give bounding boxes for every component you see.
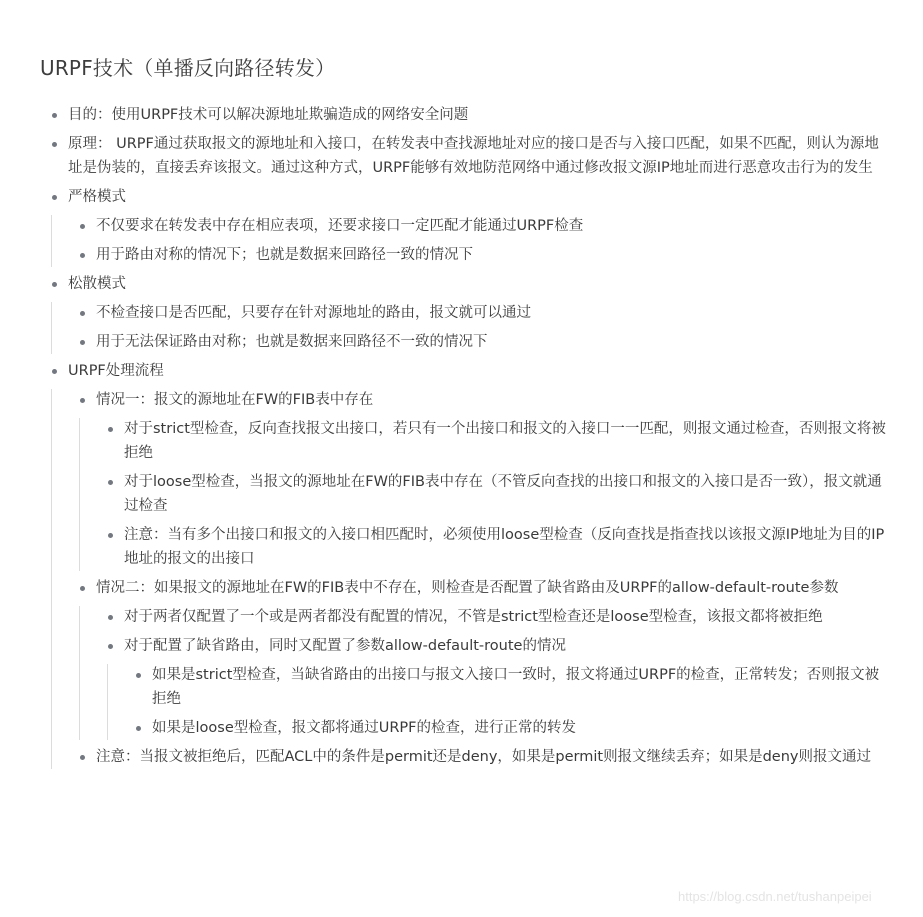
list-item-case-one: 情况一：报文的源地址在FW的FIB表中存在 对于strict型检查，反向查找报文… [68,385,892,573]
list-item-default-route: 对于配置了缺省路由，同时又配置了参数allow-default-route的情况… [96,631,892,742]
list-item: 对于两者仅配置了一个或是两者都没有配置的情况，不管是strict型检查还是loo… [96,602,892,631]
watermark: https://blog.csdn.net/tushanpeipei [678,889,872,904]
item-text: 严格模式 [68,189,126,205]
default-route-children: 如果是strict型检查，当缺省路由的出接口与报文入接口一致时，报文将通过URP… [96,660,892,742]
item-text: 对于两者仅配置了一个或是两者都没有配置的情况，不管是strict型检查还是loo… [124,609,823,625]
item-text: 用于无法保证路由对称；也就是数据来回路径不一致的情况下 [96,334,488,350]
item-text: 注意：当报文被拒绝后，匹配ACL中的条件是permit还是deny，如果是per… [96,749,871,765]
item-text: 如果是strict型检查，当缺省路由的出接口与报文入接口一致时，报文将通过URP… [152,667,879,707]
item-text: 松散模式 [68,276,126,292]
urpf-process-children: 情况一：报文的源地址在FW的FIB表中存在 对于strict型检查，反向查找报文… [40,385,892,771]
item-text: 原理： URPF通过获取报文的源地址和入接口，在转发表中查找源地址对应的接口是否… [68,136,879,176]
loose-mode-children: 不检查接口是否匹配，只要存在针对源地址的路由，报文就可以通过 用于无法保证路由对… [40,298,892,356]
item-text: URPF处理流程 [68,363,164,379]
item-text: 不检查接口是否匹配，只要存在针对源地址的路由，报文就可以通过 [96,305,531,321]
list-item-strict-mode: 严格模式 不仅要求在转发表中存在相应表项，还要求接口一定匹配才能通过URPF检查… [40,182,892,269]
list-item: 不仅要求在转发表中存在相应表项，还要求接口一定匹配才能通过URPF检查 [68,211,892,240]
list-item-case-two: 情况二：如果报文的源地址在FW的FIB表中不存在，则检查是否配置了缺省路由及UR… [68,573,892,742]
item-text: 注意：当有多个出接口和报文的入接口相匹配时，必须使用loose型检查（反向查找是… [124,527,884,567]
item-text: 情况二：如果报文的源地址在FW的FIB表中不存在，则检查是否配置了缺省路由及UR… [96,580,838,596]
item-text: 情况一：报文的源地址在FW的FIB表中存在 [96,392,373,408]
list-item: 不检查接口是否匹配，只要存在针对源地址的路由，报文就可以通过 [68,298,892,327]
list-item-urpf-process: URPF处理流程 情况一：报文的源地址在FW的FIB表中存在 对于strict型… [40,356,892,771]
page-title: URPF技术（单播反向路径转发） [40,52,335,81]
list-item: 注意：当有多个出接口和报文的入接口相匹配时，必须使用loose型检查（反向查找是… [96,520,892,573]
item-text: 如果是loose型检查，报文都将通过URPF的检查，进行正常的转发 [152,720,576,736]
case-one-children: 对于strict型检查，反向查找报文出接口，若只有一个出接口和报文的入接口一一匹… [68,414,892,573]
outline-tree: 目的：使用URPF技术可以解决源地址欺骗造成的网络安全问题 原理： URPF通过… [40,100,892,771]
list-item: 如果是strict型检查，当缺省路由的出接口与报文入接口一致时，报文将通过URP… [124,660,892,713]
item-text: 目的：使用URPF技术可以解决源地址欺骗造成的网络安全问题 [68,107,468,123]
item-text: 用于路由对称的情况下；也就是数据来回路径一致的情况下 [96,247,473,263]
list-item-principle: 原理： URPF通过获取报文的源地址和入接口，在转发表中查找源地址对应的接口是否… [40,129,892,182]
item-text: 对于strict型检查，反向查找报文出接口，若只有一个出接口和报文的入接口一一匹… [124,421,886,461]
list-item-loose-mode: 松散模式 不检查接口是否匹配，只要存在针对源地址的路由，报文就可以通过 用于无法… [40,269,892,356]
item-text: 对于loose型检查，当报文的源地址在FW的FIB表中存在（不管反向查找的出接口… [124,474,882,514]
list-item: 对于loose型检查，当报文的源地址在FW的FIB表中存在（不管反向查找的出接口… [96,467,892,520]
list-item: 对于strict型检查，反向查找报文出接口，若只有一个出接口和报文的入接口一一匹… [96,414,892,467]
case-two-children: 对于两者仅配置了一个或是两者都没有配置的情况，不管是strict型检查还是loo… [68,602,892,742]
item-text: 不仅要求在转发表中存在相应表项，还要求接口一定匹配才能通过URPF检查 [96,218,583,234]
item-text: 对于配置了缺省路由，同时又配置了参数allow-default-route的情况 [124,638,566,654]
list-item-note: 注意：当报文被拒绝后，匹配ACL中的条件是permit还是deny，如果是per… [68,742,892,771]
list-item-purpose: 目的：使用URPF技术可以解决源地址欺骗造成的网络安全问题 [40,100,892,129]
list-item: 如果是loose型检查，报文都将通过URPF的检查，进行正常的转发 [124,713,892,742]
strict-mode-children: 不仅要求在转发表中存在相应表项，还要求接口一定匹配才能通过URPF检查 用于路由… [40,211,892,269]
list-item: 用于路由对称的情况下；也就是数据来回路径一致的情况下 [68,240,892,269]
list-item: 用于无法保证路由对称；也就是数据来回路径不一致的情况下 [68,327,892,356]
